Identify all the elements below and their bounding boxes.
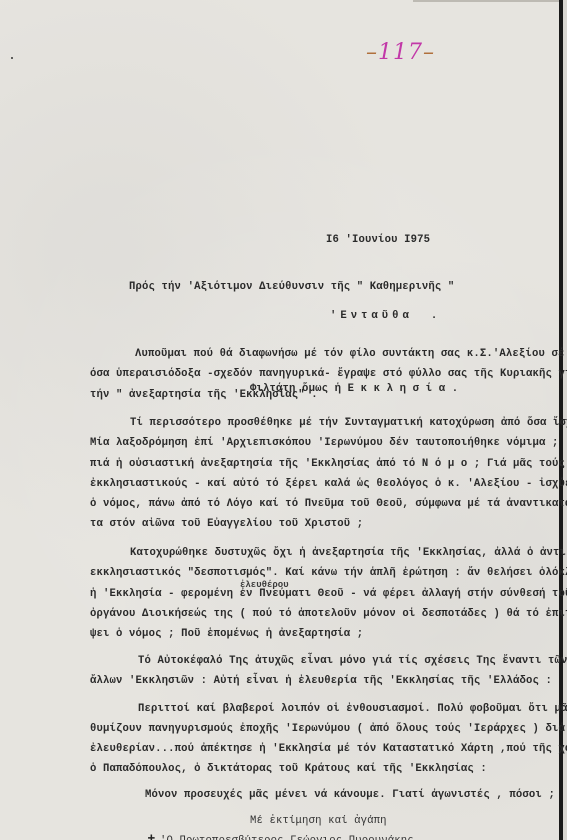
paragraph-2-line-6: τα στόν αἰῶνα τοῦ Εὐαγγελίου τοῦ Χριστοῦ… [90,518,363,530]
paper-edge [413,0,563,2]
document-page: –117– I6 'Ιουνίου I975 Πρός τήν 'Αξιότιμ… [0,0,563,840]
paragraph-6-line-1: Μόνον προσευχές μᾶς μένει νά κάνουμε. Γι… [145,789,555,801]
paragraph-5-line-2: θυμίζουν πανηγυρισμούς ἐποχῆς 'Ιερωνύμου… [90,723,567,735]
cross-icon: ✝ [146,833,157,840]
paragraph-1-line-2: όσα ὑπεραισιόδοξα -σχεδόν πανηγυρικά- ἔγ… [90,368,567,380]
paragraph-3-line-2: εκκλησιαστικός "δεσποτισμός". Καί κάνω τ… [90,567,567,579]
paragraph-4-line-1: Τό Αὐτοκέφαλό Της ἀτυχῶς εἶναι μόνο γιά … [138,655,567,667]
signature-line: 'Ο Πρωτοπρεσβύτερος Γεώργιος Πυρουνάκης [160,835,414,840]
handwritten-folio-number: –117– [366,40,435,65]
paragraph-3-line-4: ὀργάνου Διοικήσεώς της ( πού τό ἀποτελοῦ… [90,608,567,620]
closing-line: Μέ ἐκτίμηση καί ἀγάπη [250,815,387,827]
paragraph-5-line-1: Περιττοί καί βλαβεροί λοιπόν οἱ ἐνθουσια… [138,703,567,715]
paragraph-2-line-3: πιά ἡ οὐσιαστική ἀνεξαρτησία τῆς 'Εκκλησ… [90,458,565,470]
paragraph-3-line-5: ψει ὁ νόμος ; Ποῦ ἑπομένως ἡ ἀνεξαρτησία… [90,628,363,640]
paragraph-2-line-1: Τί περισσότερο προσθέθηκε μέ τήν Συνταγμ… [130,417,567,429]
paragraph-5-line-4: ὁ Παπαδόπουλος, ὁ δικτάτορας τοῦ Κράτους… [90,763,487,775]
paper-speck [11,57,13,59]
paragraph-4-line-2: ἄλλων 'Εκκλησιῶν : Αὐτή εἶναι ἡ ἐλευθερί… [90,675,552,687]
paragraph-1-interlinear: Φιλτάτη ὅμως ἡ Ε κ κ λ η σ ί α . [250,383,458,395]
paragraph-2-line-4: ἐκκλησιαστικούς - καί αὐτό τό ξέρει καλά… [90,478,567,490]
letter-date: I6 'Ιουνίου I975 [326,234,430,246]
paragraph-5-line-3: ἐλευθερίαν...πού ἀπέκτησε ἡ 'Εκκλησία μέ… [90,743,567,755]
location-line: 'Ενταῦθα. [330,310,441,322]
recipient-line: Πρός τήν 'Αξιότιμον Διεύθυνσιν τῆς " Καθ… [129,281,454,293]
paragraph-2-line-2: Μία λαξοδρόμηση ἐπί 'Αρχιεπισκόπου 'Ιερω… [90,437,567,449]
paragraph-3-line-3: ἡ 'Εκκλησία - φερομένη ἐν Πνεύματι Θεοῦ … [90,588,567,600]
paragraph-3-line-1: Κατοχυρώθηκε δυστυχῶς ὄχι ἡ ἀνεξαρτησία … [130,547,567,559]
paragraph-1-line-1: Λυποῦμαι πού θά διαφωνήσω μέ τόν φίλο συ… [135,348,564,360]
paragraph-2-line-5: ὁ νόμος, πάνω ἀπό τό Λόγο καί τό Πνεῦμα … [90,498,567,510]
